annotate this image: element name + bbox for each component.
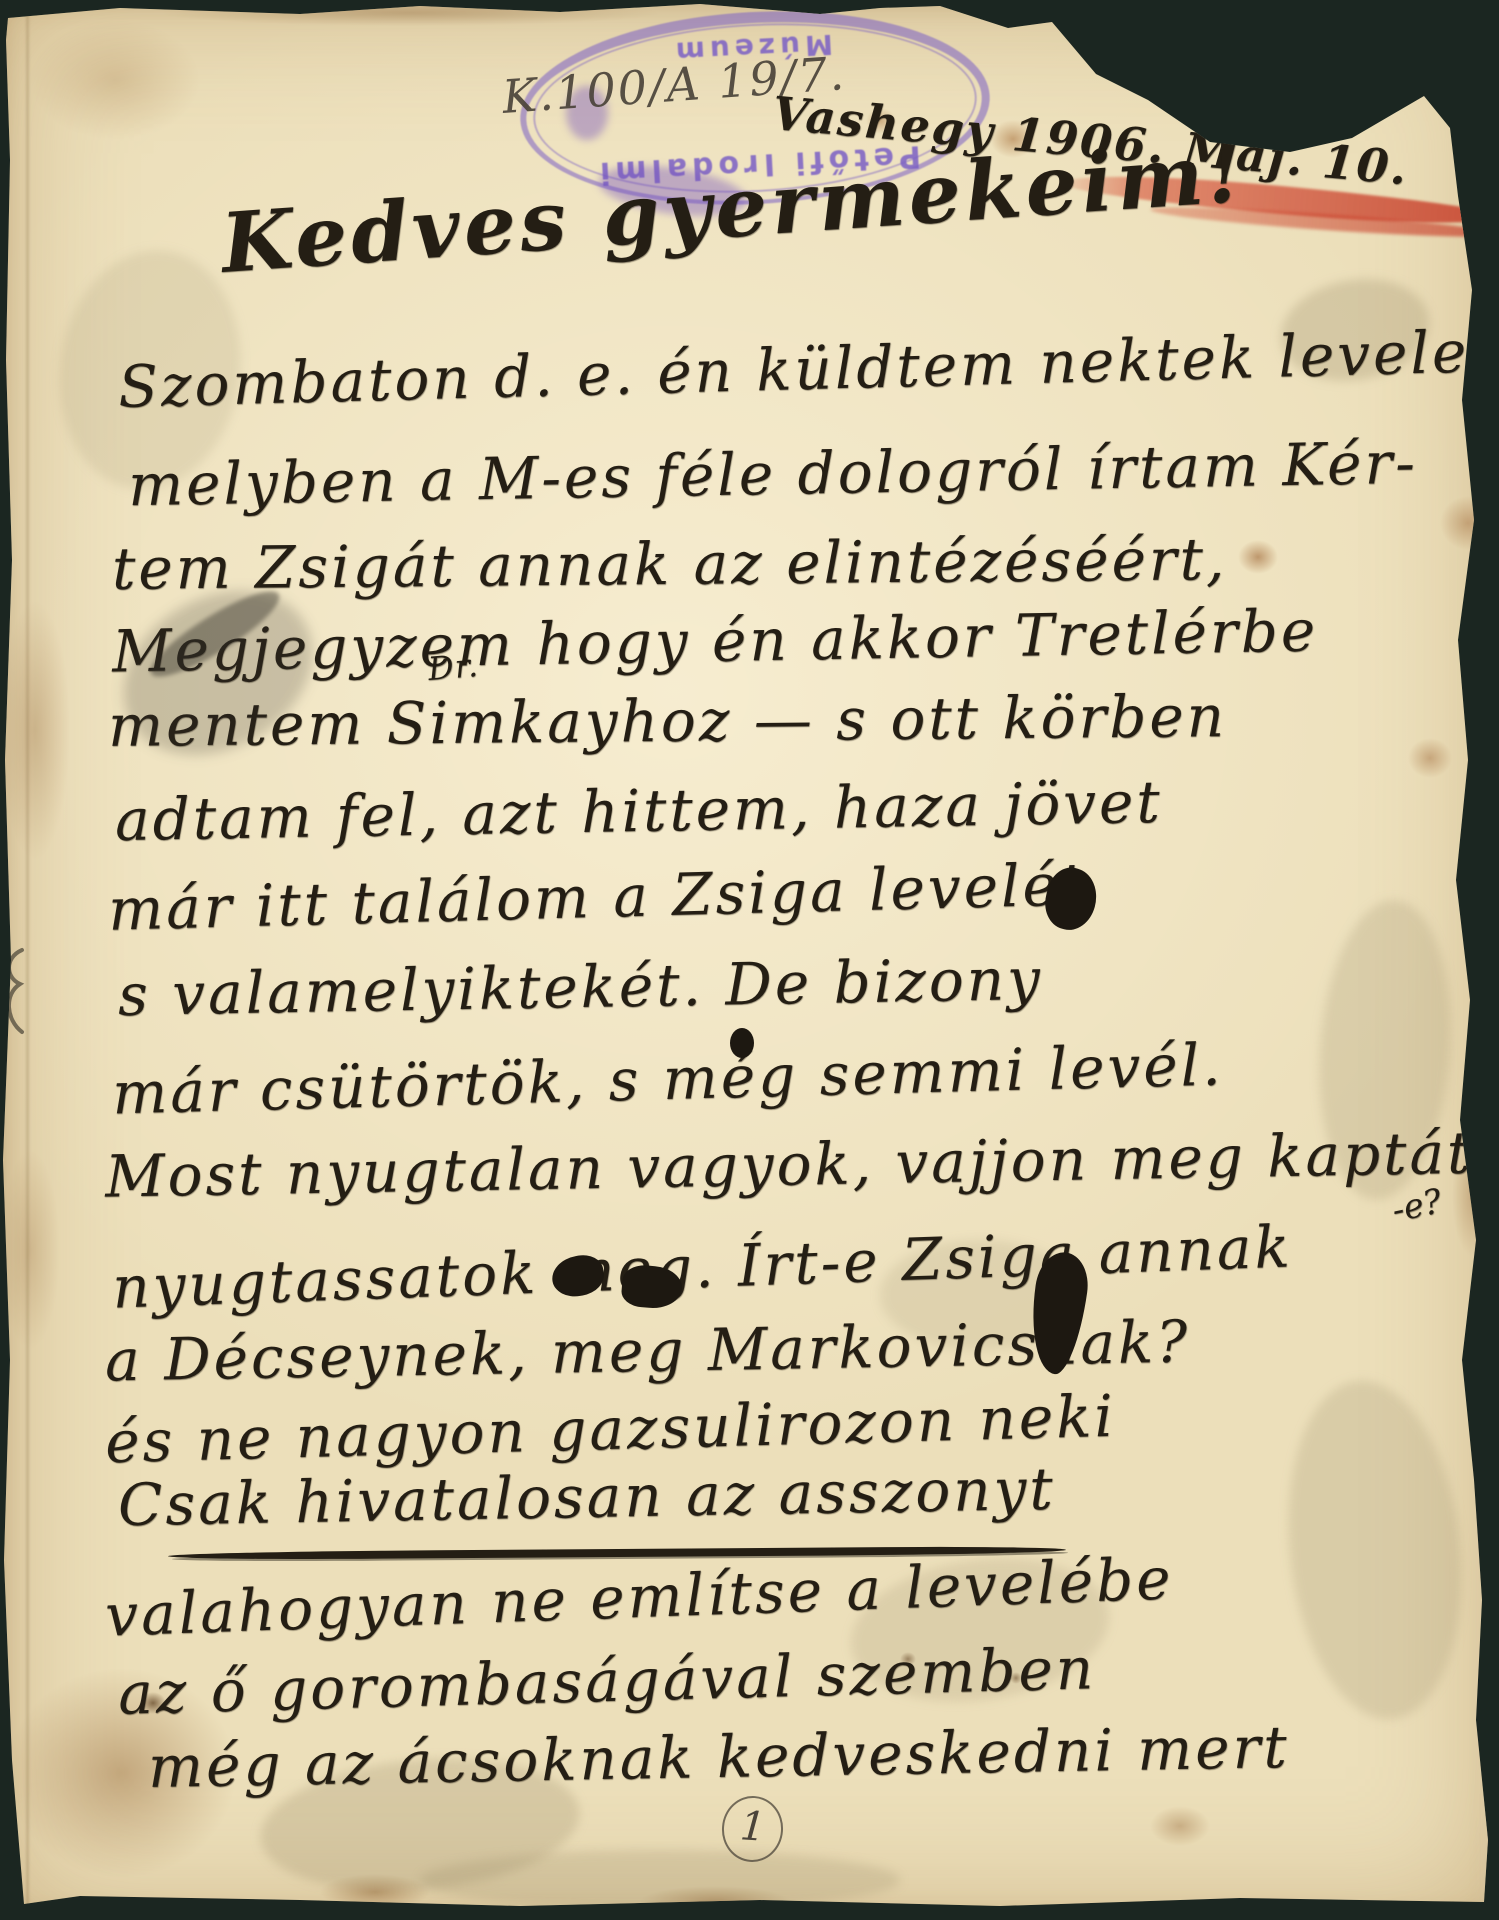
- letter-line: nyugtassatok meg. Írt-e Zsiga annak: [111, 1217, 1293, 1316]
- paper-stain: [0, 600, 70, 860]
- letter-line: a Décseynek, meg Markovicsnak?: [105, 1313, 1191, 1390]
- letter-line: tem Zsigát annak az elintézéséért,: [112, 530, 1228, 598]
- inline-insertion: -e?: [1388, 1181, 1445, 1230]
- ghost-writing-smudge: [420, 1850, 900, 1910]
- paper-stain: [0, 1150, 60, 1350]
- letter-line: már csütörtök, s még semmi levél.: [111, 1035, 1224, 1122]
- letter-page: Petőfi Irodalmi Múzeum K.100/A 19/7. Vas…: [0, 0, 1499, 1920]
- paper-stain: [320, 1874, 430, 1910]
- page-number-circle: 1: [720, 1794, 786, 1864]
- letter-line: már itt találom a Zsiga levelét: [107, 855, 1086, 939]
- page-number: 1: [722, 1796, 783, 1862]
- letter-line: mentem Simkayhoz — s ott körben: [108, 687, 1227, 755]
- letter-line: Megjegyzem hogy én akkor Tretlérbe: [112, 601, 1319, 680]
- letter-line: melyben a M-es féle dologról írtam Kér-: [128, 434, 1419, 515]
- paper-stain: [1440, 496, 1496, 550]
- letter-line: s valamelyiktekét. De bizony: [118, 950, 1044, 1024]
- letter-line: az ő gorombaságával szemben: [117, 1639, 1096, 1723]
- paper-stain: [30, 20, 200, 140]
- letter-line: Csak hivatalosan az asszonyt: [118, 1460, 1057, 1534]
- letter-line: valahogyan ne említse a levelébe: [104, 1549, 1174, 1644]
- letter-line: adtam fel, azt hittem, haza jövet: [115, 773, 1164, 849]
- margin-pencil-mark: [0, 946, 30, 1042]
- dr-superscript: Dr.: [426, 646, 480, 688]
- paper-stain: [640, 1886, 790, 1916]
- paper-stain: [1408, 738, 1452, 778]
- letter-line: még az ácsoknak kedveskedni mert: [148, 1718, 1290, 1796]
- scan-background: Petőfi Irodalmi Múzeum K.100/A 19/7. Vas…: [0, 0, 1499, 1920]
- ghost-writing-smudge: [1273, 1372, 1478, 1728]
- paper-stain: [1150, 1806, 1210, 1846]
- letter-line: Most nyugtalan vagyok, vajjon meg kaptát…: [105, 1122, 1499, 1205]
- paper-stain: [1238, 540, 1278, 574]
- letter-line: Szombaton d. e. én küldtem nektek levele…: [117, 322, 1496, 416]
